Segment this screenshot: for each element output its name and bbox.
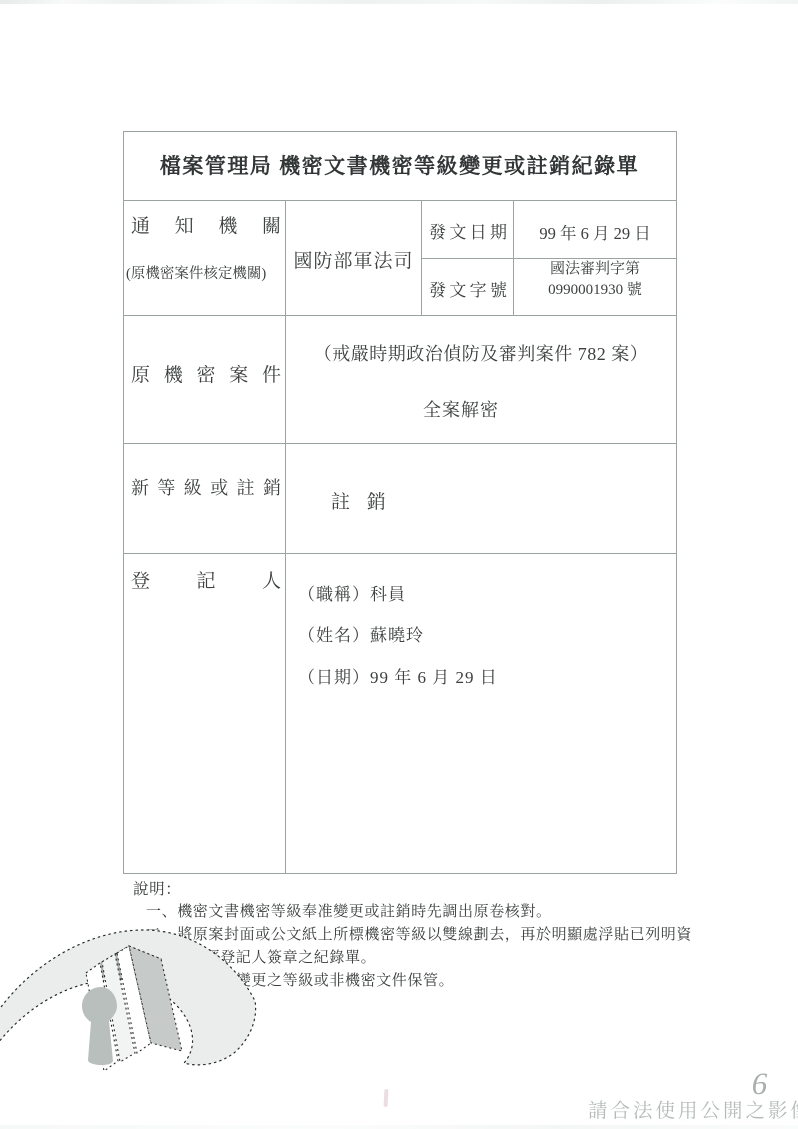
- dispatch-date-value: 99 年 6 月 29 日: [514, 220, 676, 244]
- archives-books-keyhole-logo-icon: [0, 915, 262, 1115]
- scanned-form-page: 檔案管理局 機密文書機密等級變更或註銷紀錄單 通知機關 (原機密案件核定機關) …: [0, 0, 798, 1129]
- notify-agency-label: 通知機關: [131, 211, 281, 238]
- table-border-left: [123, 131, 124, 873]
- scan-artifact-top-edge: [0, 0, 798, 4]
- registrar-name: （姓名）蘇曉玲: [298, 621, 424, 646]
- original-case-value-line2: 全案解密: [286, 396, 636, 422]
- notify-agency-sublabel: (原機密案件核定機關): [126, 262, 288, 283]
- original-case-label: 原機密案件: [131, 360, 281, 387]
- form-title: 檔案管理局 機密文書機密等級變更或註銷紀錄單: [123, 150, 676, 180]
- registrar-position: （職稱）科員: [298, 580, 406, 605]
- copyright-watermark-text: 請合法使用公開之影像: [588, 1095, 798, 1123]
- dispatch-number-line2: 0990001930 號: [548, 282, 642, 298]
- table-divider-row2: [123, 443, 676, 444]
- scan-artifact-pink-mark: [384, 1089, 389, 1107]
- new-level-label: 新等級或註銷: [131, 474, 281, 500]
- table-column-label-divider: [285, 200, 286, 873]
- table-border-top: [123, 131, 676, 132]
- table-divider-under-title: [123, 200, 676, 201]
- dispatch-number-line1: 國法審判字第: [550, 261, 640, 277]
- table-border-right: [676, 131, 677, 873]
- registrar-label: 登記人: [131, 566, 281, 593]
- notify-agency-value: 國防部軍法司: [286, 246, 421, 273]
- notes-heading: 說明：: [133, 877, 181, 899]
- dispatch-number-value: 國法審判字第 0990001930 號: [514, 259, 676, 301]
- registrar-date: （日期）99 年 6 月 29 日: [298, 663, 498, 688]
- dispatch-number-label: 發文字號: [429, 276, 507, 301]
- table-border-bottom: [123, 873, 677, 874]
- dispatch-date-label: 發文日期: [429, 218, 507, 243]
- table-column-agency-divider: [421, 200, 422, 315]
- table-divider-row1: [123, 315, 676, 316]
- original-case-value-line1: （戒嚴時期政治偵防及審判案件 782 案）: [286, 340, 676, 366]
- table-divider-row3: [123, 553, 676, 554]
- scan-artifact-bottom-edge: [0, 1125, 798, 1129]
- new-level-value: 註 銷: [331, 487, 392, 514]
